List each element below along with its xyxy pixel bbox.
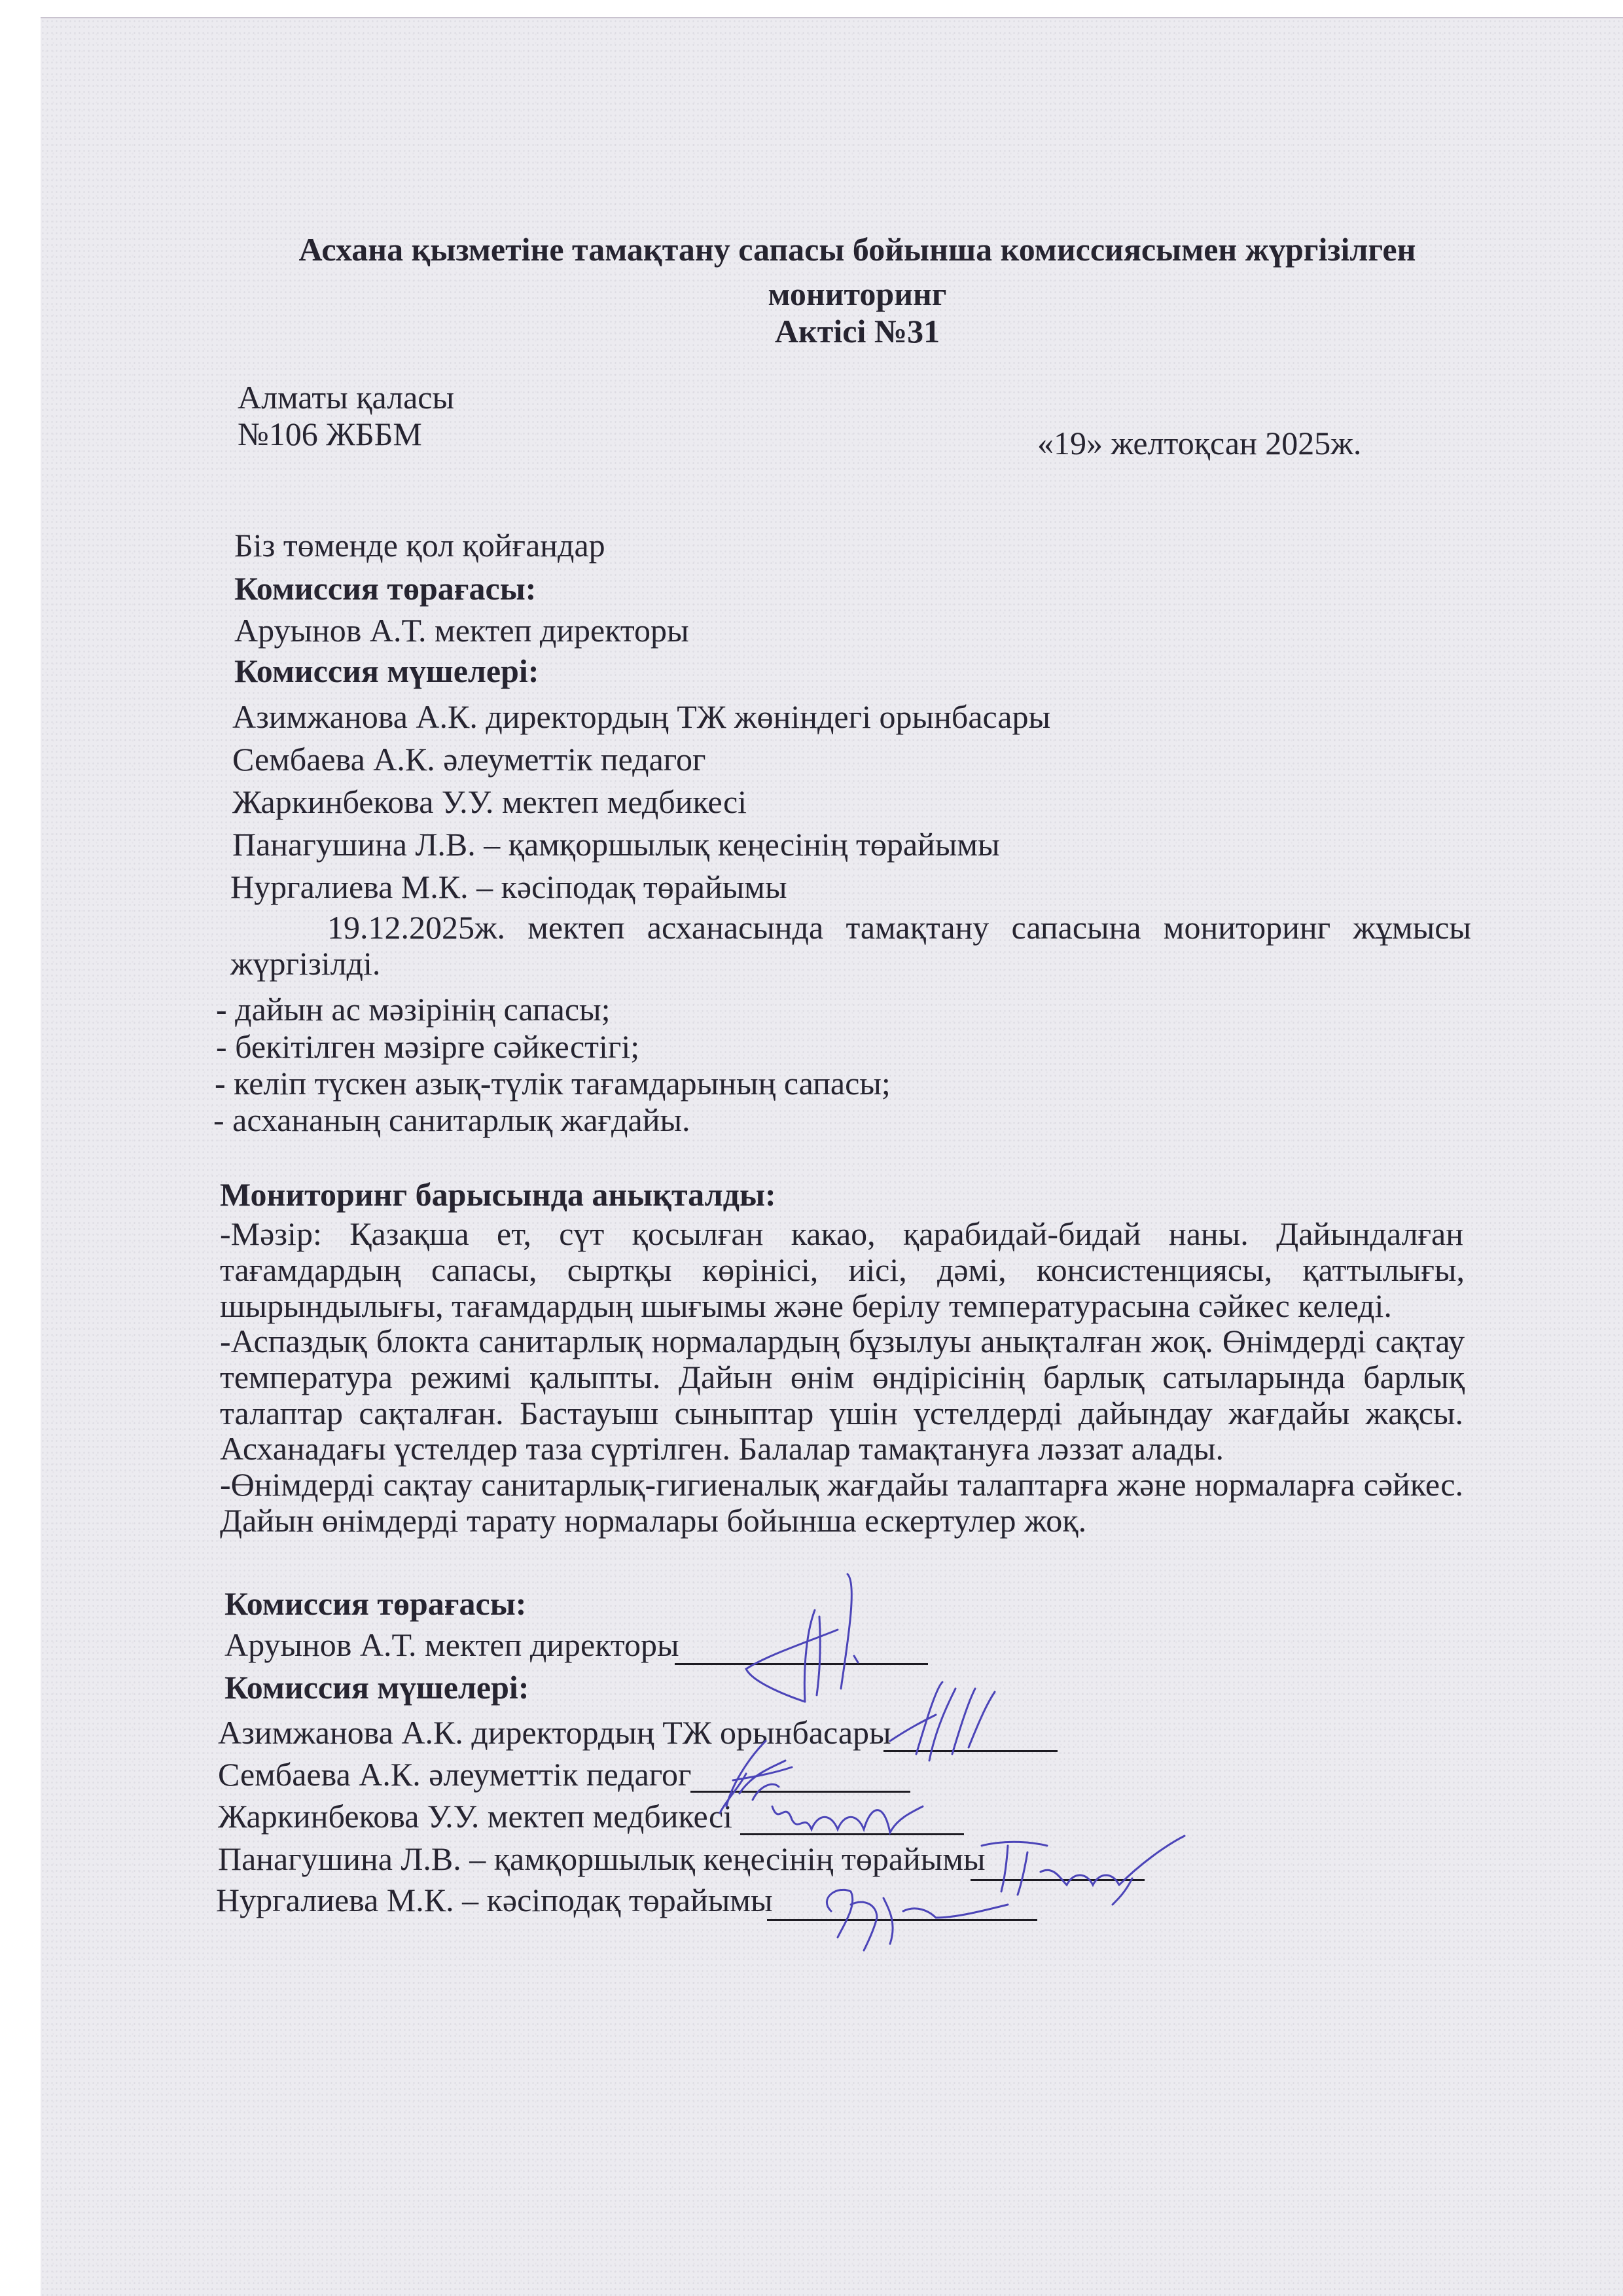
handwritten-signature-member-1 [890,1676,1034,1770]
checklist-item-1: - дайын ас мәзірінің сапасы; [216,993,611,1026]
member-4: Панагушина Л.В. – қамқоршылық кеңесінің … [232,828,1000,861]
signature-chair-name: Аруынов А.Т. мектеп директоры [224,1628,679,1661]
findings-line-7: Асханадағы үстелдер таза сүртілген. Бала… [220,1432,1224,1465]
signature-chair-heading: Комиссия төрағасы: [224,1587,526,1620]
member-2: Сембаева А.К. әлеуметтік педагог [232,743,706,776]
findings-line-2: тағамдардың сапасы, сыртқы көрінісі, иіс… [220,1253,1465,1286]
handwritten-signature-member-3 [766,1793,936,1849]
findings-heading: Мониторинг барысында анықталды: [220,1178,776,1211]
findings-line-3: шырындылығы, тағамдардың шығымы және бер… [220,1289,1392,1322]
checklist-item-3: - келіп түскен азық-түлік тағамдарының с… [215,1067,891,1100]
member-3: Жаркинбекова У.У. мектеп медбикесі [232,785,747,818]
handwritten-signature-member-5 [811,1878,1008,1954]
document-date: «19» желтоқсан 2025ж. [1037,427,1361,459]
chair-heading: Комиссия төрағасы: [234,572,536,605]
statement-line-1: 19.12.2025ж. мектеп асханасында тамақтан… [327,911,1471,944]
findings-line-6: талаптар сақталған. Бастауыш сыныптар үш… [220,1397,1463,1429]
member-5: Нургалиева М.К. – кәсіподақ төрайымы [230,870,787,903]
member-1: Азимжанова А.К. директордың ТЖ жөніндегі… [232,700,1050,733]
chair-name: Аруынов А.Т. мектеп директоры [234,614,689,647]
scanned-page [41,17,1623,2296]
statement-line-2: жүргізілді. [230,947,380,980]
handwritten-signature-chair [707,1571,903,1718]
findings-line-9: Дайын өнімдерді тарату нормалары бойынша… [220,1504,1086,1537]
intro-text: Біз төменде қол қойғандар [234,529,605,562]
signature-member-5: Нургалиева М.К. – кәсіподақ төрайымы [216,1884,773,1916]
signature-member-3: Жаркинбекова У.У. мектеп медбикесі [218,1800,732,1833]
findings-line-4: -Аспаздық блокта санитарлық нормалардың … [220,1325,1465,1357]
findings-line-1: -Мәзір: Қазақша ет, сүт қосылған какао, … [220,1217,1463,1250]
document-title-line-3: Актісі №31 [249,315,1466,348]
document-title-line-1: Асхана қызметіне тамақтану сапасы бойынш… [249,233,1466,266]
school-label: №106 ЖББМ [238,418,422,450]
city-label: Алматы қаласы [238,381,454,414]
signature-member-2: Сембаева А.К. әлеуметтік педагог [218,1758,692,1791]
signature-members-heading: Комиссия мүшелері: [224,1671,529,1704]
members-heading: Комиссия мүшелері: [234,655,539,687]
findings-line-5: температура режимі қалыпты. Дайын өнім ө… [220,1361,1465,1393]
checklist-item-2: - бекітілген мәзірге сәйкестігі; [216,1030,639,1063]
findings-line-8: -Өнімдерді сақтау санитарлық-гигиеналық … [220,1468,1463,1501]
checklist-item-4: - асхананың санитарлық жағдайы. [213,1103,690,1136]
document-title-line-2: мониторинг [249,278,1466,310]
